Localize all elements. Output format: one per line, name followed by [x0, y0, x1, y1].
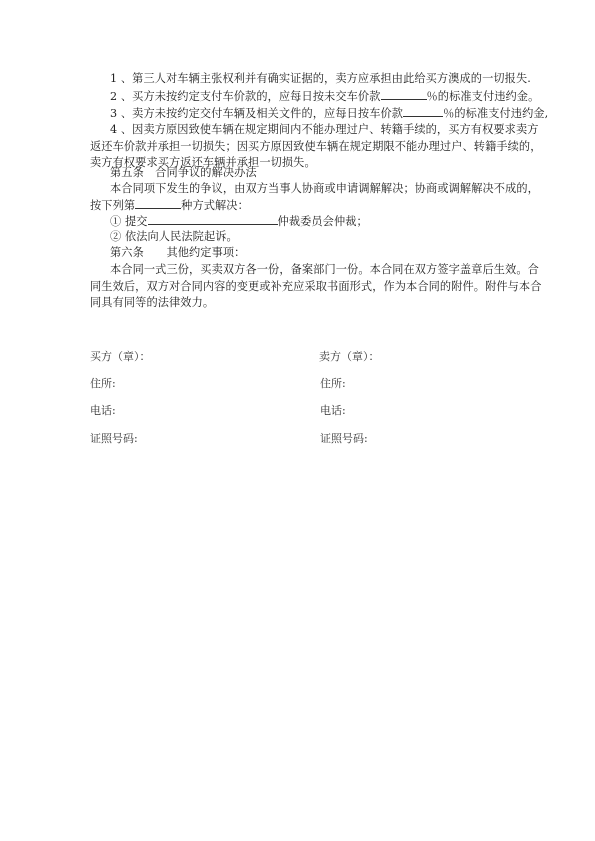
article-5-suffix: 种方式解决：	[181, 199, 249, 212]
seller-id-label: 证照号码:	[320, 432, 368, 446]
clause-2: 2 、买方未按约定支付车价款的，应每日按未交车价款％的标准支付违约金。	[110, 89, 539, 104]
article-5-text: 按下列第	[90, 199, 135, 212]
clause-1: 1 、第三人对车辆主张权利并有确实证据的，卖方应承担由此给买方澳成的一切报失.	[110, 72, 531, 86]
buyer-address-label: 住所:	[90, 377, 116, 391]
clause-3-suffix: ％的标准支付违约金,	[443, 107, 548, 120]
seller-address-label: 住所:	[320, 377, 346, 391]
clause-3-text: 3 、卖方未按约定交付车辆及相关文件的，应每日按车价款	[110, 107, 403, 120]
clause-2-text: 2 、买方未按约定支付车价款的，应每日按未交车价款	[110, 90, 381, 103]
article-5-para-line-1: 本合同项下发生的争议，由双方当事人协商或申请调解解决；协商或调解解决不成的，	[110, 182, 539, 196]
clause-4-line-2: 返还车价款并承担一切损失；因买方原因致使车辆在规定期限不能办理过户、转籍手续的，	[90, 140, 542, 154]
document-page: 1 、第三人对车辆主张权利并有确实证据的，卖方应承担由此给买方澳成的一切报失. …	[0, 0, 595, 841]
seller-phone-label: 电话:	[320, 404, 346, 418]
blank-field	[403, 106, 443, 117]
article-6-para-line-1: 本合同一式三份，买卖双方各一份，备案部门一份。本合同在双方签字盖章后生效。合	[110, 263, 539, 277]
article-5-option-2: ② 依法向人民法院起诉。	[110, 230, 238, 244]
article-5-title: 第五条 合同争议的解决办法	[110, 166, 257, 180]
clause-3: 3 、卖方未按约定交付车辆及相关文件的，应每日按车价款％的标准支付违约金,	[110, 106, 548, 121]
article-6-para-line-2: 同生效后，双方对合同内容的变更或补充应采取书面形式，作为本合同的附件。附件与本合	[90, 280, 542, 294]
buyer-id-label: 证照号码:	[90, 432, 138, 446]
seller-seal-label: 卖方（章）：	[319, 350, 380, 364]
blank-field	[381, 89, 427, 100]
article-6-para-line-3: 同具有同等的法律效力。	[90, 296, 214, 310]
blank-field	[135, 198, 181, 209]
article-6-title: 第六条 其他约定事项：	[110, 246, 245, 260]
article-5-option-1: ① 提交仲裁委员会仲裁；	[110, 214, 368, 229]
buyer-seal-label: 买方（章）：	[90, 350, 151, 364]
article-5-para-line-2: 按下列第种方式解决：	[90, 198, 249, 213]
option-1-text: ① 提交	[110, 215, 148, 228]
buyer-phone-label: 电话:	[90, 404, 116, 418]
option-1-suffix: 仲裁委员会仲裁；	[278, 215, 368, 228]
clause-4-line-1: 4 、因卖方原因致使车辆在规定期间内不能办理过户、转籍手续的，买方有权要求卖方	[110, 123, 539, 137]
clause-2-suffix: ％的标准支付违约金。	[427, 90, 540, 103]
blank-field	[148, 214, 278, 225]
